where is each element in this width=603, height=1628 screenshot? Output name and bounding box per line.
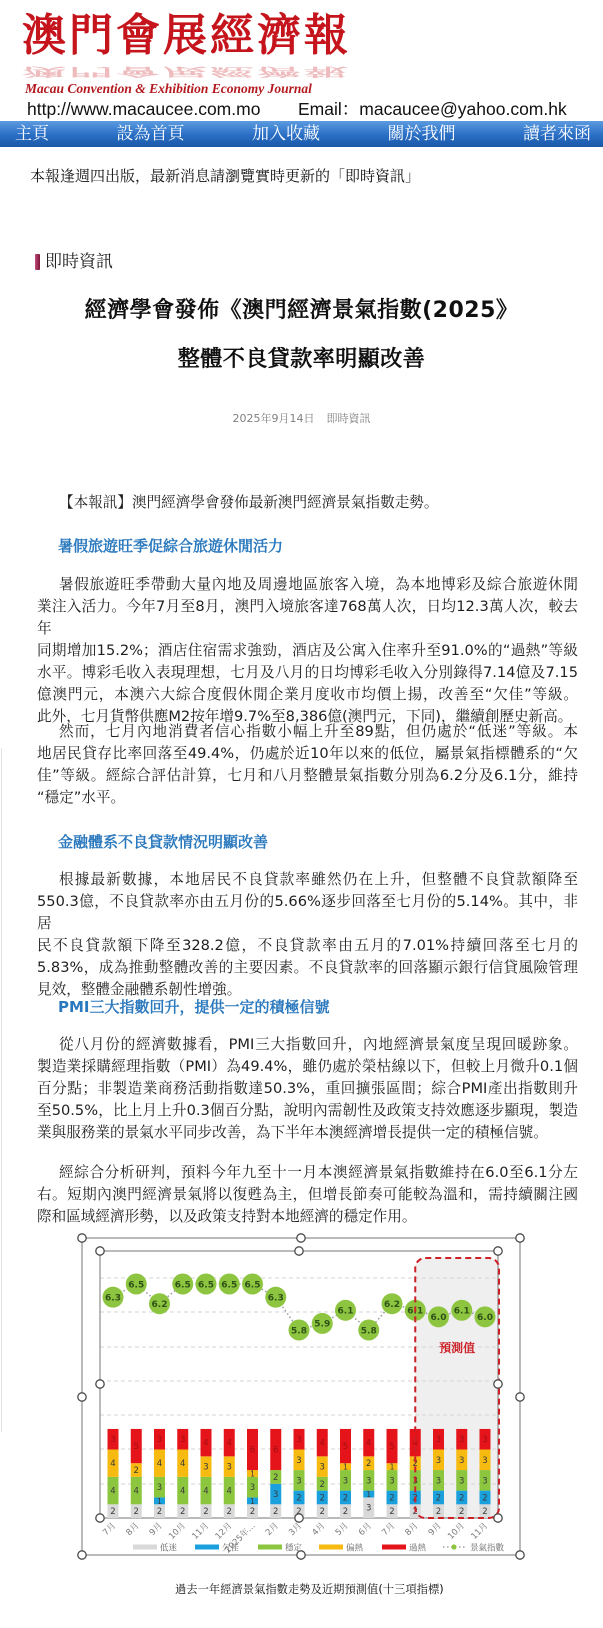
legend-label: 偏熱: [346, 1543, 364, 1554]
paragraph: 暑假旅遊旺季帶動大量內地及周邊地區旅客入境，為本地博彩及綜合旅遊休閒 業注入活力…: [37, 574, 578, 728]
stacked-bar: 22333: [433, 1429, 444, 1518]
stacked-bar: 22333: [294, 1429, 305, 1518]
bar-segment-label: 3: [366, 1476, 371, 1486]
bar-segment-label: 2: [320, 1507, 325, 1517]
bar-segment-label: 3: [459, 1435, 464, 1445]
paragraph-line: 至50.5%，比上月上升0.3個百分點，說明內需韌性及政策支持效應逐步顯現，製造: [37, 1100, 578, 1122]
nav-add-favorite[interactable]: 加入收藏: [252, 121, 320, 147]
bar-segment-label: 2: [320, 1493, 325, 1503]
index-point-label: 6.5: [198, 1280, 214, 1290]
article-title-line-1: 經濟學會發佈《澳門經濟景氣指數(2025》: [0, 298, 603, 324]
section-title: 即時資訊: [45, 251, 113, 273]
resize-handle-icon: [96, 1380, 104, 1388]
legend-swatch: [195, 1545, 219, 1550]
bar-segment-label: 2: [389, 1493, 394, 1503]
index-point-label: 6.5: [245, 1280, 261, 1290]
index-point: 6.5: [172, 1274, 193, 1295]
index-point-label: 6.2: [384, 1300, 400, 1310]
bar-segment-label: 4: [227, 1487, 232, 1497]
bar-segment-label: 4: [203, 1487, 208, 1497]
index-point: 6.3: [265, 1287, 286, 1308]
bar-segment-label: 5: [134, 1442, 139, 1452]
legend-label: 過熱: [409, 1543, 427, 1554]
bar-segment-label: 2: [482, 1493, 487, 1503]
bar-segment-label: 3: [343, 1476, 348, 1486]
bar-segment-label: 2: [459, 1493, 464, 1503]
bar-segment-label: 2: [296, 1493, 301, 1503]
paragraph-line: 百分點；非製造業商務活動指數達50.3%，重回擴張區間；綜合PMI產出指數則升: [37, 1078, 578, 1100]
resize-handle-icon: [96, 1514, 104, 1522]
bar-segment-label: 1: [343, 1463, 348, 1472]
bar-segment-label: 2: [482, 1507, 487, 1517]
bar-segment-label: 5: [343, 1442, 348, 1452]
stacked-bar: 22333: [456, 1429, 467, 1518]
stacked-bar: 2326: [270, 1429, 281, 1518]
bar-segment-label: 3: [482, 1435, 487, 1445]
legend-label: 景氣指數: [470, 1543, 505, 1554]
nav-reader-letters[interactable]: 讀者來函: [523, 121, 591, 147]
bar-segment-label: 1: [250, 1497, 255, 1506]
bar-segment-label: 4: [320, 1439, 325, 1449]
bar-segment-label: 2: [203, 1507, 208, 1517]
article-date: 2025年9月14日: [233, 412, 315, 425]
bar-segment-label: 4: [110, 1487, 115, 1497]
stacked-bar: 22315: [387, 1429, 398, 1518]
stacked-bar: 22315: [340, 1429, 351, 1518]
bar-segment-label: 2: [389, 1507, 394, 1517]
index-point-label: 6.1: [454, 1307, 470, 1317]
bar-segment-label: 3: [250, 1483, 255, 1493]
index-point-label: 5.8: [361, 1326, 377, 1336]
legend-swatch: [258, 1545, 282, 1550]
paragraph-line: 製造業採購經理指數（PMI）為49.4%，雖仍處於榮枯線以下，但較上月微升0.1…: [37, 1056, 578, 1078]
bar-segment-label: 2: [134, 1507, 139, 1517]
bar-segment-label: 1: [250, 1469, 255, 1478]
bar-segment-label: 2: [273, 1507, 278, 1517]
bar-segment-label: 3: [482, 1476, 487, 1486]
index-point-label: 6.5: [221, 1280, 237, 1290]
resize-handle-icon: [96, 1247, 104, 1255]
index-point: 5.8: [358, 1319, 379, 1340]
index-point: 5.8: [289, 1319, 310, 1340]
subheading-pmi: PMI三大指數回升，提供一定的積極信號: [58, 996, 330, 1018]
bar-segment-label: 2: [134, 1466, 139, 1476]
bar-segment-label: 3: [296, 1476, 301, 1486]
paragraph: 根據最新數據，本地居民不良貸款率雖然仍在上升，但整體不良貸款額降至 550.3億…: [37, 869, 578, 1001]
nav-home[interactable]: 主頁: [15, 121, 49, 147]
resize-handle-icon: [78, 1234, 86, 1242]
email-label: Email：: [298, 99, 359, 119]
index-point-label: 6.0: [477, 1313, 493, 1323]
paragraph-line: 暑假旅遊旺季帶動大量內地及周邊地區旅客入境，為本地博彩及綜合旅遊休閒: [37, 574, 578, 596]
index-point-label: 6.3: [105, 1293, 121, 1303]
bar-segment-label: 4: [227, 1439, 232, 1449]
stacked-bar: 2434: [201, 1429, 212, 1518]
paragraph: 經綜合分析研判，預料今年九至十一月本澳經濟景氣指數維持在6.0至6.1分左 右。…: [37, 1162, 578, 1228]
paragraph-line: 5.83%，成為推動整體改善的主要因素。不良貸款率的回落顯示銀行信貸風險管理: [37, 957, 578, 979]
paragraph-line: “穩定”水平。: [37, 787, 578, 809]
masthead-logo-reflection: 澳門會展經濟報: [22, 64, 351, 79]
index-point-label: 6.1: [338, 1307, 354, 1317]
bar-segment-label: 5: [389, 1442, 394, 1452]
index-point-label: 6.0: [431, 1313, 447, 1323]
bar-segment-label: 3: [110, 1435, 115, 1445]
bar-segment-label: 3: [296, 1456, 301, 1466]
bar-segment-label: 3: [320, 1463, 325, 1473]
bar-segment-label: 2: [459, 1507, 464, 1517]
paragraph: 從八月份的經濟數據看，PMI三大指數回升，內地經濟景氣度呈現回暖跡象。 製造業採…: [37, 1034, 578, 1144]
paragraph-line: 從八月份的經濟數據看，PMI三大指數回升，內地經濟景氣度呈現回暖跡象。: [37, 1034, 578, 1056]
bar-segment-label: 2: [436, 1493, 441, 1503]
index-point-label: 5.9: [314, 1320, 330, 1330]
stacked-bar: 31324: [363, 1429, 374, 1518]
bar-segment-label: 2: [227, 1507, 232, 1517]
paragraph-line: 然而，七月內地消費者信心指數小幅上升至89點，但仍處於“低迷”等級。本: [37, 721, 578, 743]
article-title-line-2: 整體不良貸款率明顯改善: [0, 347, 603, 373]
bar-segment-label: 2: [343, 1493, 348, 1503]
paragraph-line: 右。短期內澳門經濟景氣將以復甦為主，但增長節奏可能較為溫和，需持續關注國: [37, 1184, 578, 1206]
bar-segment-label: 1: [366, 1490, 371, 1499]
index-point: 6.2: [149, 1293, 170, 1314]
bar-segment-label: 2: [320, 1480, 325, 1490]
article-lead: 【本報訊】澳門經濟學會發佈最新澳門經濟景氣指數走勢。: [37, 492, 578, 514]
resize-handle-icon: [494, 1247, 502, 1255]
resize-handle-icon: [297, 1234, 305, 1242]
economic-index-chart: 24437月24258月213439月244310月243411月243412月…: [0, 1225, 603, 1570]
bar-segment-label: 4: [203, 1439, 208, 1449]
paragraph-line: 550.3億，不良貸款率亦由五月份的5.66%逐步回落至七月份的5.14%。其中…: [37, 891, 578, 935]
bar-segment-label: 2: [343, 1507, 348, 1517]
paragraph-line: 經綜合分析研判，預料今年九至十一月本澳經濟景氣指數維持在6.0至6.1分左: [37, 1162, 578, 1184]
nav-about-us[interactable]: 關於我們: [388, 121, 456, 147]
legend-dot: [451, 1544, 456, 1549]
paragraph-line: 業與服務業的景氣水平同步改善，為下半年本澳經濟增長提供一定的積極信號。: [37, 1122, 578, 1144]
bar-segment-label: 6: [250, 1446, 255, 1456]
index-point: 5.9: [312, 1313, 333, 1334]
main-nav: 主頁 設為首頁 加入收藏 關於我們 讀者來函: [0, 121, 603, 147]
legend-swatch: [382, 1545, 406, 1550]
bar-segment-label: 3: [203, 1463, 208, 1473]
index-point: 6.0: [475, 1306, 496, 1327]
bar-segment-label: 4: [134, 1487, 139, 1497]
bar-segment-label: 3: [482, 1456, 487, 1466]
bar-segment-label: 1: [157, 1497, 162, 1506]
resize-handle-icon: [494, 1380, 502, 1388]
bar-segment-label: 3: [389, 1476, 394, 1486]
stacked-bar: 2425: [131, 1429, 142, 1518]
resize-handle-icon: [516, 1551, 524, 1559]
bar-segment-label: 3: [436, 1435, 441, 1445]
bar-segment-label: 3: [436, 1456, 441, 1466]
masthead-subtitle: Macau Convention & Exhibition Economy Jo…: [25, 80, 312, 97]
bar-segment-label: 2: [436, 1507, 441, 1517]
resize-handle-icon: [295, 1514, 303, 1522]
stacked-bar: 2443: [108, 1429, 119, 1518]
paragraph: 然而，七月內地消費者信心指數小幅上升至89點，但仍處於“低迷”等級。本 地居民貸…: [37, 721, 578, 809]
lead-text: 【本報訊】澳門經濟學會發佈最新澳門經濟景氣指數走勢。: [37, 492, 578, 514]
stacked-bar: 21316: [247, 1429, 258, 1518]
paragraph-line: 億澳門元，本澳六大綜合度假休閒企業月度收市均價上揚，改善至“欠佳”等級。: [37, 684, 578, 706]
masthead-logo: 澳門會展經濟報: [22, 8, 351, 64]
article-category: 即時資訊: [327, 412, 371, 425]
bar-segment-label: 3: [157, 1483, 162, 1493]
subheading-banking: 金融體系不良貸款情況明顯改善: [58, 831, 268, 853]
resize-handle-icon: [516, 1234, 524, 1242]
article-dateline: 2025年9月14日即時資訊: [0, 411, 603, 427]
index-point: 6.1: [335, 1300, 356, 1321]
bar-segment-label: 3: [227, 1463, 232, 1473]
legend-label: 低迷: [160, 1543, 178, 1554]
resize-handle-icon: [78, 1551, 86, 1559]
index-point-label: 5.8: [291, 1326, 307, 1336]
index-point-label: 6.5: [175, 1280, 191, 1290]
bar-segment-label: 3: [459, 1456, 464, 1466]
index-point: 6.5: [242, 1274, 263, 1295]
resize-handle-icon: [295, 1247, 303, 1255]
index-point-label: 6.5: [128, 1280, 144, 1290]
bar-segment-label: 2: [110, 1507, 115, 1517]
paragraph-line: 水平。博彩毛收入表現理想，七月及八月的日均博彩毛收入分別錄得7.14億及7.15: [37, 662, 578, 684]
stacked-bar: 2443: [177, 1429, 188, 1518]
bar-segment-label: 4: [180, 1487, 185, 1497]
bar-segment-label: 2: [250, 1507, 255, 1517]
section-marker-icon: [35, 254, 40, 270]
paragraph-line: 佳”等級。經綜合評估計算，七月和八月整體景氣指數分別為6.2分及6.1分，維持: [37, 765, 578, 787]
bar-segment-label: 4: [110, 1459, 115, 1469]
index-point: 6.2: [382, 1293, 403, 1314]
site-url-link[interactable]: http://www.macaucee.com.mo: [27, 99, 260, 119]
resize-handle-icon: [78, 1393, 86, 1401]
index-point: 6.5: [219, 1274, 240, 1295]
figure-caption: 過去一年經濟景氣指數走勢及近期預測值(十三項指標): [175, 1581, 444, 1599]
bar-segment-label: 3: [296, 1435, 301, 1445]
index-point: 6.3: [103, 1287, 124, 1308]
index-point: 6.1: [451, 1300, 472, 1321]
bar-segment-label: 3: [180, 1435, 185, 1445]
nav-set-homepage[interactable]: 設為首頁: [117, 121, 185, 147]
bar-segment-label: 2: [157, 1507, 162, 1517]
forecast-label: 預測值: [439, 1340, 475, 1355]
resize-handle-icon: [516, 1393, 524, 1401]
bar-segment-label: 3: [459, 1476, 464, 1486]
index-point-label: 6.3: [268, 1293, 284, 1303]
paragraph-line: 民不良貸款額下降至328.2億，不良貸款率由五月的7.01%持續回落至七月的: [37, 935, 578, 957]
subheading-tourism: 暑假旅遊旺季促綜合旅遊休閒活力: [58, 535, 283, 557]
paragraph-line: 業注入活力。今年7月至8月，澳門入境旅客達768萬人次，日均12.3萬人次，較去…: [37, 596, 578, 640]
bar-segment-label: 1: [390, 1463, 395, 1472]
paragraph-line: 根據最新數據，本地居民不良貸款率雖然仍在上升，但整體不良貸款額降至: [37, 869, 578, 891]
index-point-label: 6.2: [152, 1300, 168, 1310]
bar-segment-label: 3: [436, 1476, 441, 1486]
bar-segment-label: 3: [366, 1504, 371, 1514]
stacked-bar: 22333: [480, 1429, 491, 1518]
bar-segment-label: 3: [273, 1490, 278, 1500]
legend-swatch: [133, 1545, 157, 1550]
stacked-bar: 2434: [224, 1429, 235, 1518]
resize-handle-icon: [297, 1551, 305, 1559]
email-contact: Email：macaucee@yahoo.com.hk: [298, 99, 567, 119]
paragraph-line: 同期增加15.2%；酒店住宿需求強勁，酒店及公寓入住率升至91.0%的“過熱”等…: [37, 640, 578, 662]
site-url[interactable]: http://www.macaucee.com.mo: [27, 99, 260, 119]
bar-segment-label: 4: [180, 1459, 185, 1469]
index-point: 6.5: [126, 1274, 147, 1295]
index-point: 6.5: [196, 1274, 217, 1295]
paragraph-line: 地居民貸存比率回落至49.4%，仍處於近10年以來的低位，屬景氣指標體系的“欠: [37, 743, 578, 765]
index-point: 6.0: [428, 1306, 449, 1327]
bar-segment-label: 2: [180, 1507, 185, 1517]
email-link[interactable]: macaucee@yahoo.com.hk: [359, 99, 566, 119]
legend-swatch: [319, 1545, 343, 1550]
bar-segment-label: 4: [157, 1459, 162, 1469]
resize-handle-icon: [494, 1514, 502, 1522]
bar-segment-label: 6: [273, 1446, 278, 1456]
bar-segment-label: 3: [157, 1435, 162, 1445]
bar-segment-label: 2: [366, 1459, 371, 1469]
publication-notice: 本報逢週四出版，最新消息請瀏覽實時更新的「即時資訊」: [30, 166, 420, 186]
bar-segment-label: 4: [366, 1439, 371, 1449]
bar-segment-label: 2: [273, 1473, 278, 1483]
legend-label: 欠佳: [222, 1543, 240, 1554]
stacked-bar: 22234: [317, 1429, 328, 1518]
stacked-bar: 21343: [154, 1429, 165, 1518]
